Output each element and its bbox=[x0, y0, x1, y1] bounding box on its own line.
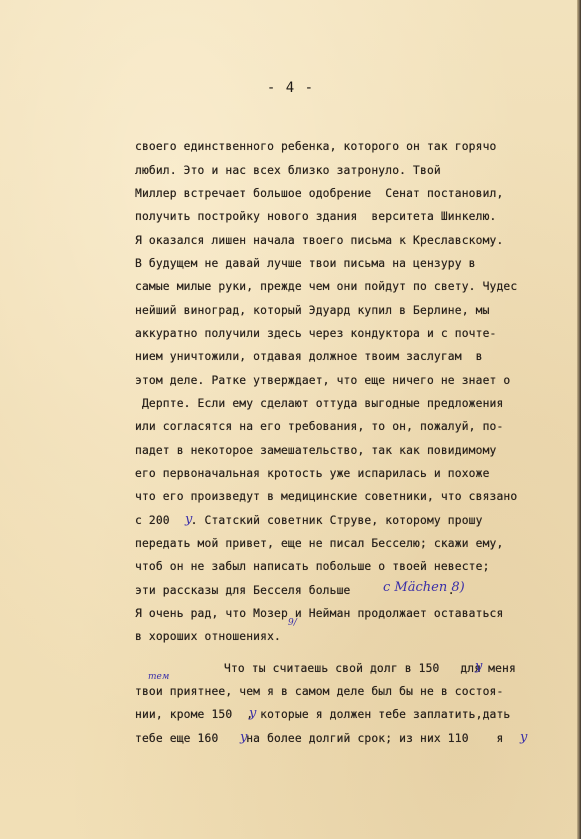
text-line: чтоб он не забыл написать побольше о тво… bbox=[135, 560, 490, 573]
handwritten-correction: тем bbox=[148, 672, 169, 682]
text-line: его первоначальная кротость уже испарила… bbox=[135, 467, 490, 480]
text-line: любил. Это и нас всех близко затронуло. … bbox=[135, 164, 441, 177]
handwritten-footnote: 9/ bbox=[288, 618, 297, 628]
text-line: Что ты считаешь свой долг в 150 для меня bbox=[224, 662, 516, 675]
text-line: Я очень рад, что Мозер и Нейман продолжа… bbox=[135, 607, 503, 620]
text-line: падет в некоторое замешательство, так ка… bbox=[135, 444, 496, 457]
page-edge bbox=[577, 0, 581, 839]
text-line: этом деле. Ратке утверждает, что еще нич… bbox=[135, 374, 510, 387]
text-line: Миллер встречает большое одобрение Сенат… bbox=[135, 187, 503, 200]
text-line: нии, кроме 150 , которые я должен тебе з… bbox=[135, 708, 510, 721]
handwritten-currency-mark: у bbox=[475, 659, 483, 674]
text-line: своего единственного ребенка, которого о… bbox=[135, 140, 496, 153]
text-line: Я оказался лишен начала твоего письма к … bbox=[135, 234, 503, 247]
text-line: или согласятся на его требования, то он,… bbox=[135, 420, 503, 433]
text-line: твои приятнее, чем я в самом деле был бы… bbox=[135, 685, 503, 698]
handwritten-currency-mark: у bbox=[249, 706, 257, 721]
text-line: в хороших отношениях. bbox=[135, 630, 281, 643]
text-line: нием уничтожили, отдавая должное твоим з… bbox=[135, 350, 483, 363]
document-page: - 4 - своего единственного ребенка, кото… bbox=[0, 0, 581, 839]
text-line: что его произведут в медицинские советни… bbox=[135, 490, 517, 503]
text-line: аккуратно получили здесь через кондуктор… bbox=[135, 327, 496, 340]
text-line: нейший виноград, который Эдуард купил в … bbox=[135, 304, 490, 317]
text-line: Дерпте. Если ему сделают оттуда выгодные… bbox=[135, 397, 503, 410]
text-line: самые милые руки, прежде чем они пойдут … bbox=[135, 280, 517, 293]
text-line: тебе еще 160 на более долгий срок; из ни… bbox=[135, 732, 503, 745]
page-number: - 4 - bbox=[0, 80, 581, 96]
handwritten-maerchen: c Mächen 8) bbox=[383, 580, 465, 595]
handwritten-currency-mark: у bbox=[520, 730, 528, 745]
handwritten-currency-mark: у bbox=[185, 512, 193, 527]
text-line: получить постройку нового здания версите… bbox=[135, 210, 496, 223]
text-line: передать мой привет, еще не писал Бессел… bbox=[135, 537, 503, 550]
text-line: В будущем не давай лучше твои письма на … bbox=[135, 257, 476, 270]
handwritten-currency-mark: у bbox=[240, 730, 248, 745]
